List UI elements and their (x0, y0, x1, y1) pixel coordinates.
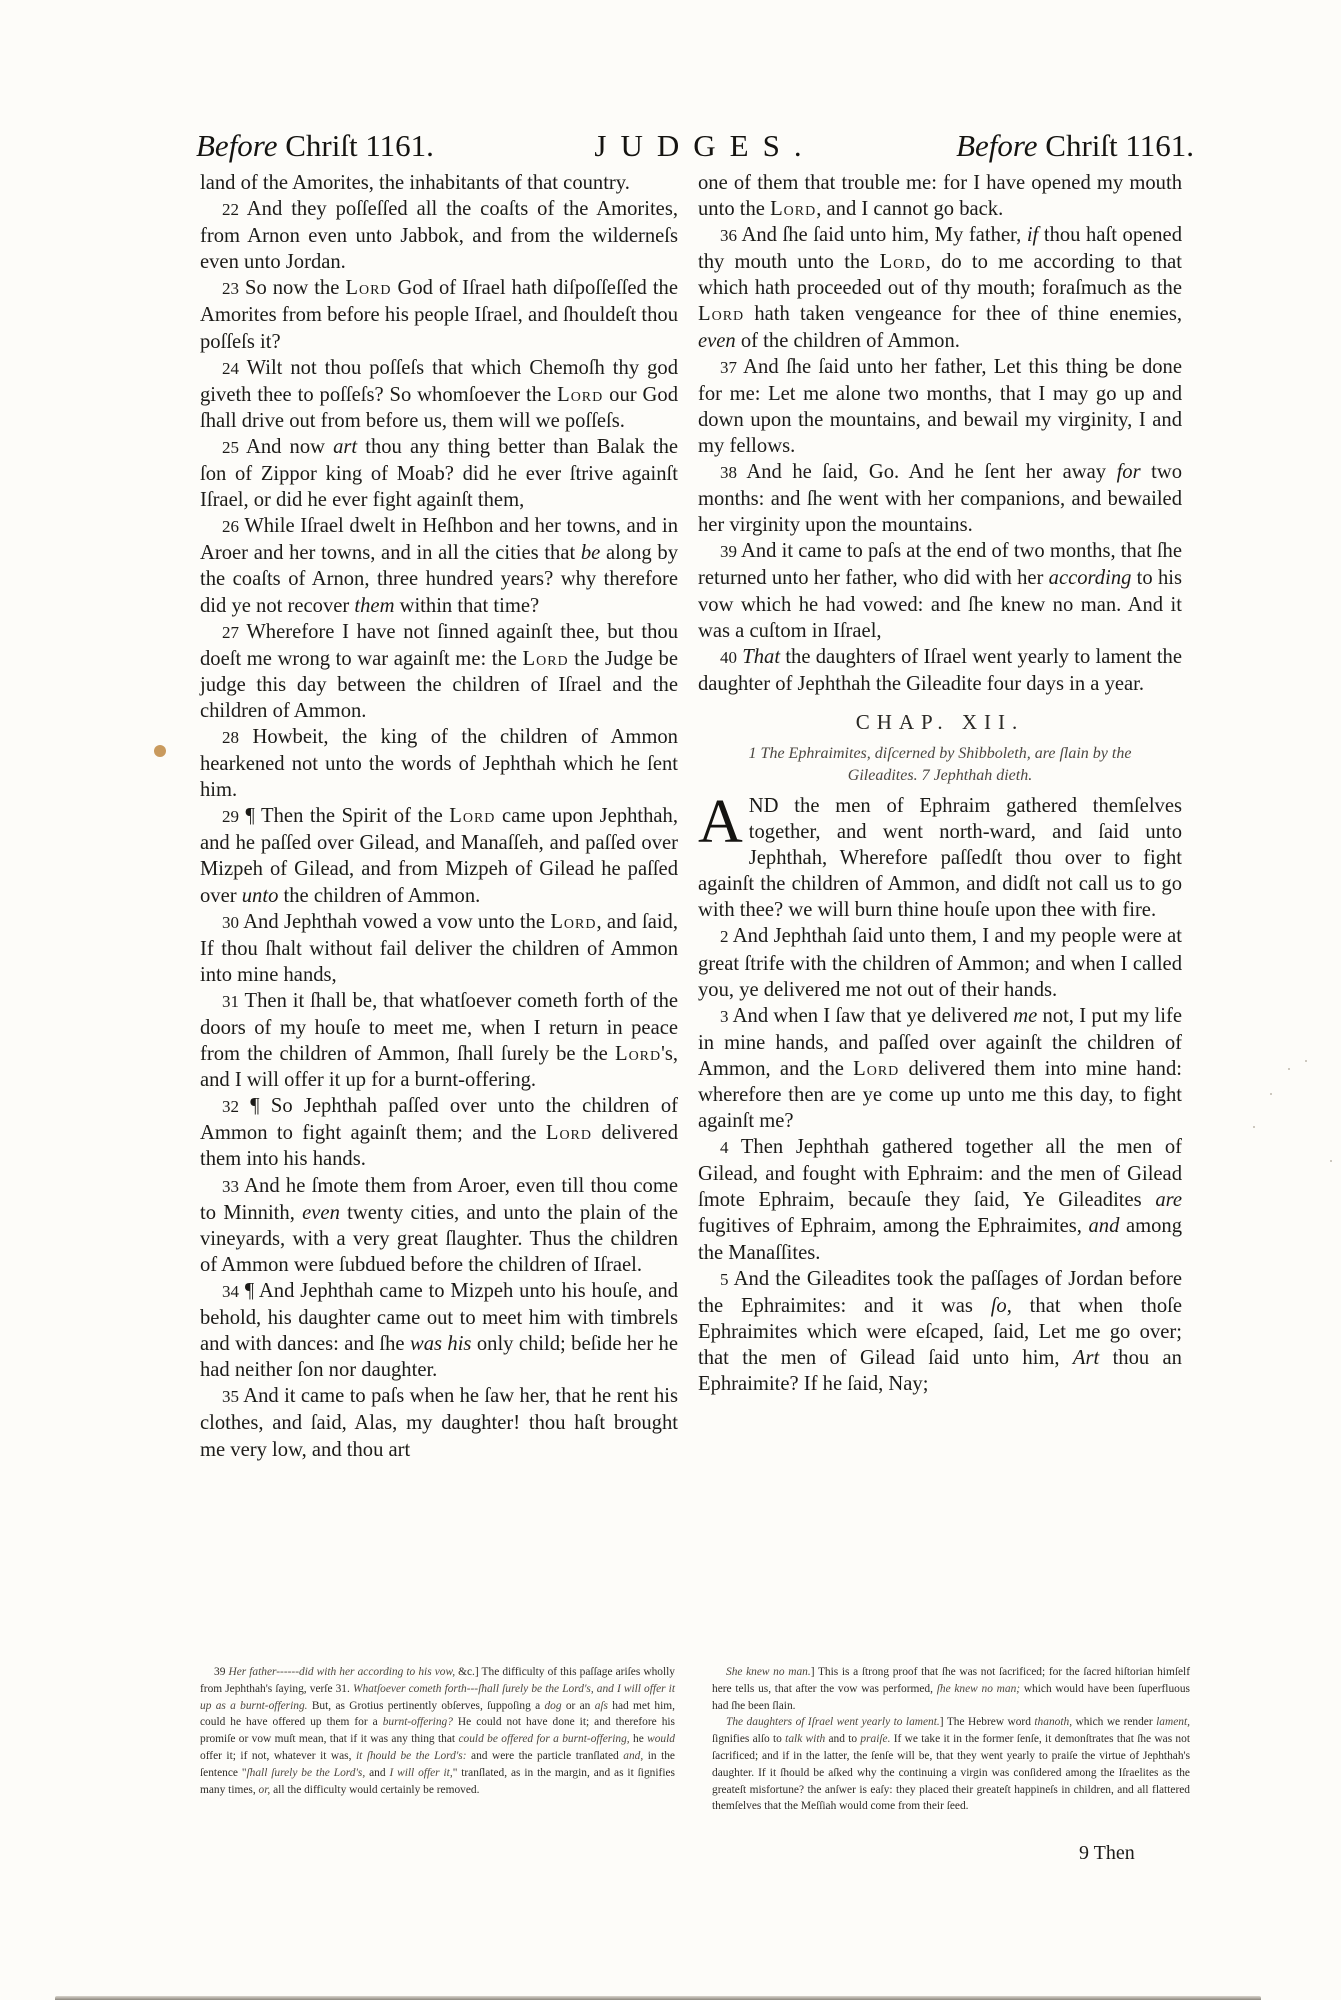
verse-text: Then it ſhall be, that whatſoever cometh… (200, 990, 678, 1065)
chapter-12-verse-2: 2 And Jephthah ſaid unto them, I and my … (698, 923, 1182, 1002)
verse-34: 34 ¶ And Jephthah came to Mizpeh unto hi… (200, 1278, 678, 1383)
verse-text: And it came to paſs when he ſaw her, tha… (200, 1385, 678, 1460)
footnote-verse-39: 39 Her father------did with her accordin… (200, 1664, 675, 1798)
verse-number: 39 (720, 542, 737, 561)
footnote-italic: or, (259, 1784, 271, 1796)
running-head-date-left: Before Chriſt 1161. (196, 128, 434, 164)
footnote-right: She knew no man.] This is a ſtrong proof… (712, 1664, 1190, 1815)
left-column: land of the Amorites, the inhabitants of… (200, 170, 678, 1463)
verse-number: 32 (222, 1097, 239, 1116)
chapter-summary-line: 1 The Ephraimites, diſcerned by Shibbole… (749, 745, 1132, 762)
footnote-text: offer it; if not, whatever it was, (200, 1750, 356, 1762)
verse-text: And they poſſeſſed all the coaſts of the… (200, 198, 678, 273)
lord-small-caps: Lord (853, 1058, 899, 1080)
italic-supplied-word: them (354, 595, 394, 617)
footnote-italic: it ſhould be the Lord's: (356, 1750, 467, 1762)
lord-small-caps: Lord (615, 1043, 661, 1065)
lord-small-caps: Lord (557, 384, 603, 406)
footnote-lemma: She knew no man. (726, 1666, 811, 1678)
verse-number: 27 (222, 623, 239, 642)
lord-small-caps: Lord (550, 911, 596, 933)
chapter-12-verse-1: AND the men of Ephraim gathered themſelv… (698, 793, 1182, 923)
verse-number: 23 (222, 279, 239, 298)
paper-speck (1305, 1060, 1307, 1062)
verse-number: 22 (222, 200, 239, 219)
footnote-she-knew-no-man: She knew no man.] This is a ſtrong proof… (712, 1664, 1190, 1714)
verse-text: And now (246, 436, 333, 458)
running-head-left-text: Chriſt 1161. (285, 128, 434, 163)
paper-speck (1330, 1160, 1332, 1162)
verse-number: 30 (222, 913, 239, 932)
right-column: one of them that trouble me: for I have … (698, 170, 1182, 1397)
chapter-summary: 1 The Ephraimites, diſcerned by Shibbole… (698, 743, 1182, 787)
verse-text: ND the men of Ephraim gathered themſelve… (698, 795, 1182, 921)
italic-supplied-word: if (1027, 224, 1038, 246)
book-title: JUDGES. (594, 128, 815, 164)
verse-continuation: one of them that trouble me: for I have … (698, 170, 1182, 222)
footnote-text: and to (825, 1733, 860, 1745)
pilcrow-icon: ¶ (250, 1095, 259, 1117)
verse-28: 28 Howbeit, the king of the children of … (200, 724, 678, 803)
footnote-italic: thanoth, (1034, 1716, 1072, 1728)
footnote-lemma: The daughters of Iſrael went yearly to l… (726, 1716, 940, 1728)
lord-small-caps: Lord (523, 648, 569, 670)
italic-supplied-word: and (1089, 1215, 1120, 1237)
footnote-left: 39 Her father------did with her accordin… (200, 1664, 675, 1815)
lord-small-caps: Lord (698, 303, 744, 325)
italic-supplied-word: was his (410, 1333, 471, 1355)
footnote-italic: ſhe knew no man; (937, 1683, 1020, 1695)
pilcrow-icon: ¶ (246, 805, 255, 827)
italic-supplied-word: unto (242, 885, 279, 907)
verse-40: 40 That the daughters of Iſrael went yea… (698, 644, 1182, 697)
paper-speck (1253, 1126, 1255, 1128)
footnote-text: But, as Grotius pertinently obſerves, ſu… (308, 1700, 545, 1712)
verse-27: 27 Wherefore I have not ſinned againſt t… (200, 619, 678, 724)
pilcrow-icon: ¶ (245, 1280, 254, 1302)
italic-supplied-word: for (1117, 461, 1141, 483)
footnote-lemma: Her father------did with her according t… (228, 1666, 455, 1678)
italic-supplied-word: according (1049, 567, 1132, 589)
running-head: Before Chriſt 1161. JUDGES. Before Chriſ… (196, 128, 1194, 168)
verse-number: 26 (222, 517, 239, 536)
verse-38: 38 And he ſaid, Go. And he ſent her away… (698, 459, 1182, 538)
verse-number: 36 (720, 226, 737, 245)
chapter-heading: CHAP. XII. (698, 709, 1182, 735)
footnote-text: and were the particle tranſlated (467, 1750, 624, 1762)
verse-29: 29 ¶ Then the Spirit of the Lord came up… (200, 803, 678, 908)
verse-number: 29 (222, 807, 239, 826)
italic-supplied-word: me (1013, 1005, 1037, 1027)
footnotes: 39 Her father------did with her accordin… (200, 1664, 1190, 1815)
verse-text: the children of Ammon. (278, 885, 480, 907)
italic-supplied-word: are (1155, 1189, 1182, 1211)
verse-37: 37 And ſhe ſaid unto her father, Let thi… (698, 354, 1182, 459)
verse-number: 33 (222, 1177, 239, 1196)
footnote-italic: dog (544, 1700, 561, 1712)
lord-small-caps: Lord (546, 1122, 592, 1144)
verse-number: 38 (720, 463, 737, 482)
chapter-12-verse-5: 5 And the Gileadites took the paſſages o… (698, 1266, 1182, 1397)
footnote-italic: I will offer it, (389, 1767, 452, 1779)
verse-text: And ſhe ſaid unto her father, Let this t… (698, 356, 1182, 457)
italic-supplied-word: art (333, 436, 357, 458)
italic-supplied-word: ſo (991, 1295, 1007, 1317)
footnote-text: all the difficulty would certainly be re… (270, 1784, 479, 1796)
verse-26: 26 While Iſrael dwelt in Heſhbon and her… (200, 513, 678, 618)
running-head-right-text: Chriſt 1161. (1045, 128, 1194, 163)
verse-number: 37 (720, 358, 737, 377)
verse-number: 28 (222, 728, 239, 747)
verse-text: And ſhe ſaid unto him, My father, (741, 224, 1026, 246)
footnote-italic: ſhall ſurely be the Lord's, (246, 1767, 365, 1779)
verse-text: fugitives of Ephraim, among the Ephraimi… (698, 1215, 1089, 1237)
verse-number: 25 (222, 438, 239, 457)
scanned-page: Before Chriſt 1161. JUDGES. Before Chriſ… (0, 0, 1341, 2000)
verse-32: 32 ¶ So Jephthah paſſed over unto the ch… (200, 1093, 678, 1172)
footnote-italic: and, (623, 1750, 643, 1762)
verse-39: 39 And it came to paſs at the end of two… (698, 538, 1182, 643)
italic-supplied-word: Art (1073, 1347, 1099, 1369)
lord-small-caps: Lord (880, 251, 926, 273)
verse-text: And Jephthah ſaid unto them, I and my pe… (698, 925, 1182, 1000)
italic-supplied-word: even (302, 1202, 340, 1224)
footnote-italic: would (647, 1733, 675, 1745)
verse-text: So now the (245, 277, 345, 299)
footnote-text: he (630, 1733, 648, 1745)
verse-22: 22 And they poſſeſſed all the coaſts of … (200, 196, 678, 275)
footnote-italic: praiſe. (860, 1733, 890, 1745)
verse-number: 35 (222, 1387, 239, 1406)
page-bottom-edge (55, 1996, 1261, 2000)
paper-speck (1270, 1093, 1272, 1095)
verse-text: And Jephthah vowed a vow unto the (243, 911, 550, 933)
catchword: 9 Then (1079, 1842, 1135, 1865)
footnote-text: which we render (1072, 1716, 1156, 1728)
verse-36: 36 And ſhe ſaid unto him, My father, if … (698, 222, 1182, 353)
verse-text: , and I cannot go back. (816, 198, 1003, 220)
verse-text: of the children of Ammon. (736, 330, 960, 352)
footnote-text: ] The Hebrew word (940, 1716, 1035, 1728)
running-head-date-right: Before Chriſt 1161. (956, 128, 1194, 164)
footnote-italic: talk with (785, 1733, 825, 1745)
verse-24: 24 Wilt not thou poſſeſs that which Chem… (200, 355, 678, 434)
footnote-italic: aſs (595, 1700, 608, 1712)
verse-continuation: land of the Amorites, the inhabitants of… (200, 170, 678, 196)
verse-35: 35 And it came to paſs when he ſaw her, … (200, 1383, 678, 1462)
paper-speck (1288, 1068, 1290, 1070)
verse-text: Then the Spirit of the (261, 805, 449, 827)
footnote-daughters-of-israel: The daughters of Iſrael went yearly to l… (712, 1714, 1190, 1815)
verse-number: 5 (720, 1270, 729, 1289)
lord-small-caps: Lord (770, 198, 816, 220)
running-head-left-italic: Before (196, 128, 277, 163)
italic-supplied-word: That (742, 646, 780, 668)
drop-cap: A (698, 797, 743, 847)
verse-number: 2 (720, 927, 729, 946)
chapter-12-verse-4: 4 Then Jephthah gathered together all th… (698, 1134, 1182, 1265)
verse-number: 40 (720, 648, 737, 667)
lord-small-caps: Lord (449, 805, 495, 827)
verse-text: hath taken vengeance for thee of thine e… (744, 303, 1182, 325)
verse-number: 3 (720, 1007, 729, 1026)
footnote-number: 39 (214, 1666, 225, 1678)
chapter-summary-line: Gileadites. 7 Jephthah dieth. (848, 767, 1032, 784)
italic-supplied-word: be (581, 542, 600, 564)
verse-text: Then Jephthah gathered together all the … (698, 1136, 1182, 1211)
verse-number: 4 (720, 1138, 729, 1157)
italic-supplied-word: even (698, 330, 736, 352)
footnote-text: ſignifies alſo to (712, 1733, 785, 1745)
verse-number: 34 (222, 1282, 239, 1301)
verse-text: And he ſaid, Go. And he ſent her away (746, 461, 1116, 483)
verse-31: 31 Then it ſhall be, that whatſoever com… (200, 988, 678, 1093)
verse-text: Howbeit, the king of the children of Amm… (200, 726, 678, 801)
footnote-italic: lament, (1156, 1716, 1190, 1728)
verse-text: within that time? (394, 595, 539, 617)
chapter-12-verse-3: 3 And when I ſaw that ye delivered me no… (698, 1003, 1182, 1134)
footnote-text: and (365, 1767, 389, 1779)
verse-30: 30 And Jephthah vowed a vow unto the Lor… (200, 909, 678, 988)
margin-stain-dot (154, 745, 166, 757)
verse-number: 31 (222, 992, 239, 1011)
footnote-italic: could be offered for a burnt-offering, (458, 1733, 629, 1745)
footnote-text: or an (562, 1700, 595, 1712)
lord-small-caps: Lord (345, 277, 391, 299)
running-head-right-italic: Before (956, 128, 1037, 163)
verse-number: 24 (222, 359, 239, 378)
footnote-italic: burnt-offering? (383, 1716, 453, 1728)
verse-text: And when I ſaw that ye delivered (733, 1005, 1014, 1027)
verse-23: 23 So now the Lord God of Iſrael hath di… (200, 275, 678, 354)
verse-25: 25 And now art thou any thing better tha… (200, 434, 678, 513)
verse-33: 33 And he ſmote them from Aroer, even ti… (200, 1173, 678, 1278)
